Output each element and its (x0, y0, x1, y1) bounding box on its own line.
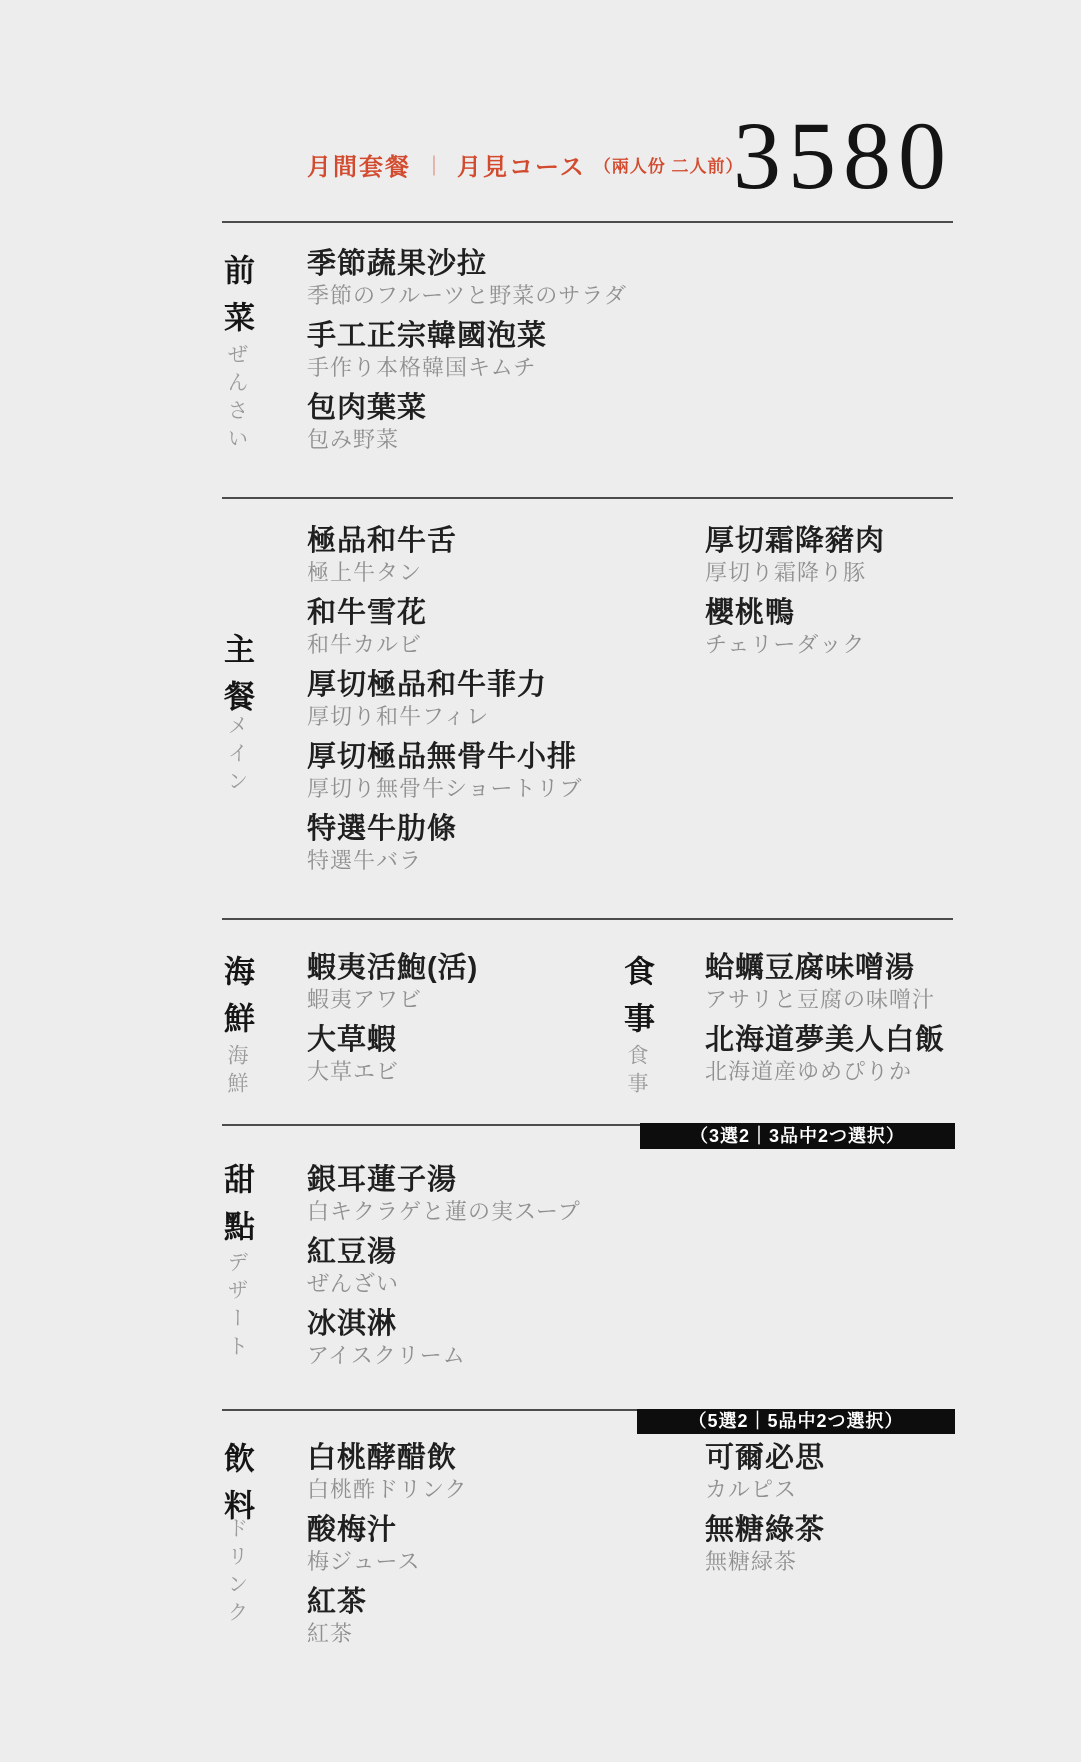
item-title: 可爾必思 (705, 1442, 1055, 1475)
serving-note: （兩人份 二人前） (594, 152, 744, 177)
item-title: 蛤蠣豆腐味噌湯 (705, 952, 1055, 985)
list-item: 和牛雪花 和牛カルビ (307, 597, 697, 658)
list-item: 厚切極品和牛菲力 厚切り和牛フィレ (307, 669, 697, 730)
section-sublabel-drinks: ドリンク (226, 1517, 247, 1629)
item-subtitle: アサリと豆腐の味噌汁 (705, 986, 1055, 1013)
item-title: 大草蝦 (307, 1024, 697, 1057)
item-subtitle: 白桃酢ドリンク (307, 1476, 697, 1503)
list-item: 紅茶 紅茶 (307, 1586, 697, 1647)
item-title: 紅豆湯 (307, 1236, 697, 1269)
dessert-items: 銀耳蓮子湯 白キクラゲと蓮の実スープ 紅豆湯 ぜんざい 冰淇淋 アイスクリーム (307, 1164, 697, 1380)
item-title: 厚切極品和牛菲力 (307, 669, 697, 702)
list-item: 可爾必思 カルピス (705, 1442, 1055, 1503)
main-items-left: 極品和牛舌 極上牛タン 和牛雪花 和牛カルビ 厚切極品和牛菲力 厚切り和牛フィレ… (307, 525, 697, 885)
item-title: 手工正宗韓國泡菜 (307, 320, 697, 353)
menu-page: 月間套餐 ｜ 月見コース （兩人份 二人前） 3580 （3選2｜3品中2つ選択… (0, 0, 1081, 1762)
list-item: 無糖綠茶 無糖緑茶 (705, 1514, 1055, 1575)
list-item: 北海道夢美人白飯 北海道産ゆめぴりか (705, 1024, 1055, 1085)
item-subtitle: 手作り本格韓国キムチ (307, 354, 697, 381)
item-title: 酸梅汁 (307, 1514, 697, 1547)
item-subtitle: 蝦夷アワビ (307, 986, 697, 1013)
item-title: 包肉葉菜 (307, 392, 697, 425)
item-title: 北海道夢美人白飯 (705, 1024, 1055, 1057)
header-separator: ｜ (424, 150, 444, 179)
item-title: 銀耳蓮子湯 (307, 1164, 697, 1197)
list-item: 厚切霜降豬肉 厚切り霜降り豚 (705, 525, 1055, 586)
appetizer-items: 季節蔬果沙拉 季節のフルーツと野菜のサラダ 手工正宗韓國泡菜 手作り本格韓国キム… (307, 248, 697, 464)
list-item: 包肉葉菜 包み野菜 (307, 392, 697, 453)
list-item: 極品和牛舌 極上牛タン (307, 525, 697, 586)
drinks-items-left: 白桃酵醋飲 白桃酢ドリンク 酸梅汁 梅ジュース 紅茶 紅茶 (307, 1442, 697, 1658)
item-subtitle: 季節のフルーツと野菜のサラダ (307, 282, 697, 309)
section-label-dessert: 甜點 (220, 1163, 251, 1257)
item-title: 冰淇淋 (307, 1308, 697, 1341)
item-subtitle: カルピス (705, 1476, 1055, 1503)
item-title: 極品和牛舌 (307, 525, 697, 558)
list-item: 蝦夷活鮑(活) 蝦夷アワビ (307, 952, 697, 1013)
dessert-selection-badge: （3選2｜3品中2つ選択） (640, 1123, 955, 1149)
section-divider (222, 221, 953, 223)
item-subtitle: 和牛カルビ (307, 631, 697, 658)
item-subtitle: 厚切り無骨牛ショートリブ (307, 775, 697, 802)
section-sublabel-appetizer: ぜんさい (226, 343, 247, 455)
main-items-right: 厚切霜降豬肉 厚切り霜降り豚 櫻桃鴨 チェリーダック (705, 525, 1055, 669)
list-item: 酸梅汁 梅ジュース (307, 1514, 697, 1575)
item-title: 季節蔬果沙拉 (307, 248, 697, 281)
drinks-selection-badge: （5選2｜5品中2つ選択） (637, 1409, 955, 1434)
item-subtitle: 厚切り霜降り豚 (705, 559, 1055, 586)
section-label-seafood: 海鮮 (220, 955, 251, 1049)
menu-header: 月間套餐 ｜ 月見コース （兩人份 二人前） (307, 147, 744, 182)
item-title: 蝦夷活鮑(活) (307, 952, 697, 985)
item-title: 紅茶 (307, 1586, 697, 1619)
list-item: 大草蝦 大草エビ (307, 1024, 697, 1085)
list-item: 冰淇淋 アイスクリーム (307, 1308, 697, 1369)
list-item: 厚切極品無骨牛小排 厚切り無骨牛ショートリブ (307, 741, 697, 802)
item-subtitle: 厚切り和牛フィレ (307, 703, 697, 730)
item-subtitle: ぜんざい (307, 1270, 697, 1297)
section-divider (222, 1409, 637, 1411)
item-title: 特選牛肋條 (307, 813, 697, 846)
list-item: 蛤蠣豆腐味噌湯 アサリと豆腐の味噌汁 (705, 952, 1055, 1013)
item-subtitle: 包み野菜 (307, 426, 697, 453)
list-item: 白桃酵醋飲 白桃酢ドリンク (307, 1442, 697, 1503)
section-sublabel-seafood: 海鮮 (226, 1044, 247, 1100)
list-item: 手工正宗韓國泡菜 手作り本格韓国キムチ (307, 320, 697, 381)
item-title: 無糖綠茶 (705, 1514, 1055, 1547)
course-name: 月見コース (457, 147, 586, 182)
course-price: 3580 (733, 108, 953, 204)
item-subtitle: 紅茶 (307, 1620, 697, 1647)
list-item: 銀耳蓮子湯 白キクラゲと蓮の実スープ (307, 1164, 697, 1225)
section-label-main: 主餐 (220, 633, 251, 727)
item-subtitle: 白キクラゲと蓮の実スープ (307, 1198, 697, 1225)
section-divider (222, 497, 953, 499)
item-title: 白桃酵醋飲 (307, 1442, 697, 1475)
section-divider (222, 1124, 640, 1126)
series-label: 月間套餐 (307, 147, 411, 182)
rice-items: 蛤蠣豆腐味噌湯 アサリと豆腐の味噌汁 北海道夢美人白飯 北海道産ゆめぴりか (705, 952, 1055, 1096)
item-subtitle: チェリーダック (705, 631, 1055, 658)
section-sublabel-dessert: デザート (226, 1251, 247, 1363)
item-subtitle: 極上牛タン (307, 559, 697, 586)
seafood-items: 蝦夷活鮑(活) 蝦夷アワビ 大草蝦 大草エビ (307, 952, 697, 1096)
item-subtitle: 大草エビ (307, 1058, 697, 1085)
item-subtitle: 特選牛バラ (307, 847, 697, 874)
list-item: 季節蔬果沙拉 季節のフルーツと野菜のサラダ (307, 248, 697, 309)
drinks-items-right: 可爾必思 カルピス 無糖綠茶 無糖緑茶 (705, 1442, 1055, 1586)
item-title: 厚切極品無骨牛小排 (307, 741, 697, 774)
item-title: 櫻桃鴨 (705, 597, 1055, 630)
list-item: 紅豆湯 ぜんざい (307, 1236, 697, 1297)
item-title: 和牛雪花 (307, 597, 697, 630)
section-label-appetizer: 前菜 (220, 254, 251, 348)
item-subtitle: 無糖緑茶 (705, 1548, 1055, 1575)
list-item: 特選牛肋條 特選牛バラ (307, 813, 697, 874)
section-sublabel-main: メイン (226, 714, 247, 798)
item-title: 厚切霜降豬肉 (705, 525, 1055, 558)
item-subtitle: アイスクリーム (307, 1342, 697, 1369)
item-subtitle: 北海道産ゆめぴりか (705, 1058, 1055, 1085)
list-item: 櫻桃鴨 チェリーダック (705, 597, 1055, 658)
item-subtitle: 梅ジュース (307, 1548, 697, 1575)
section-divider (222, 918, 953, 920)
